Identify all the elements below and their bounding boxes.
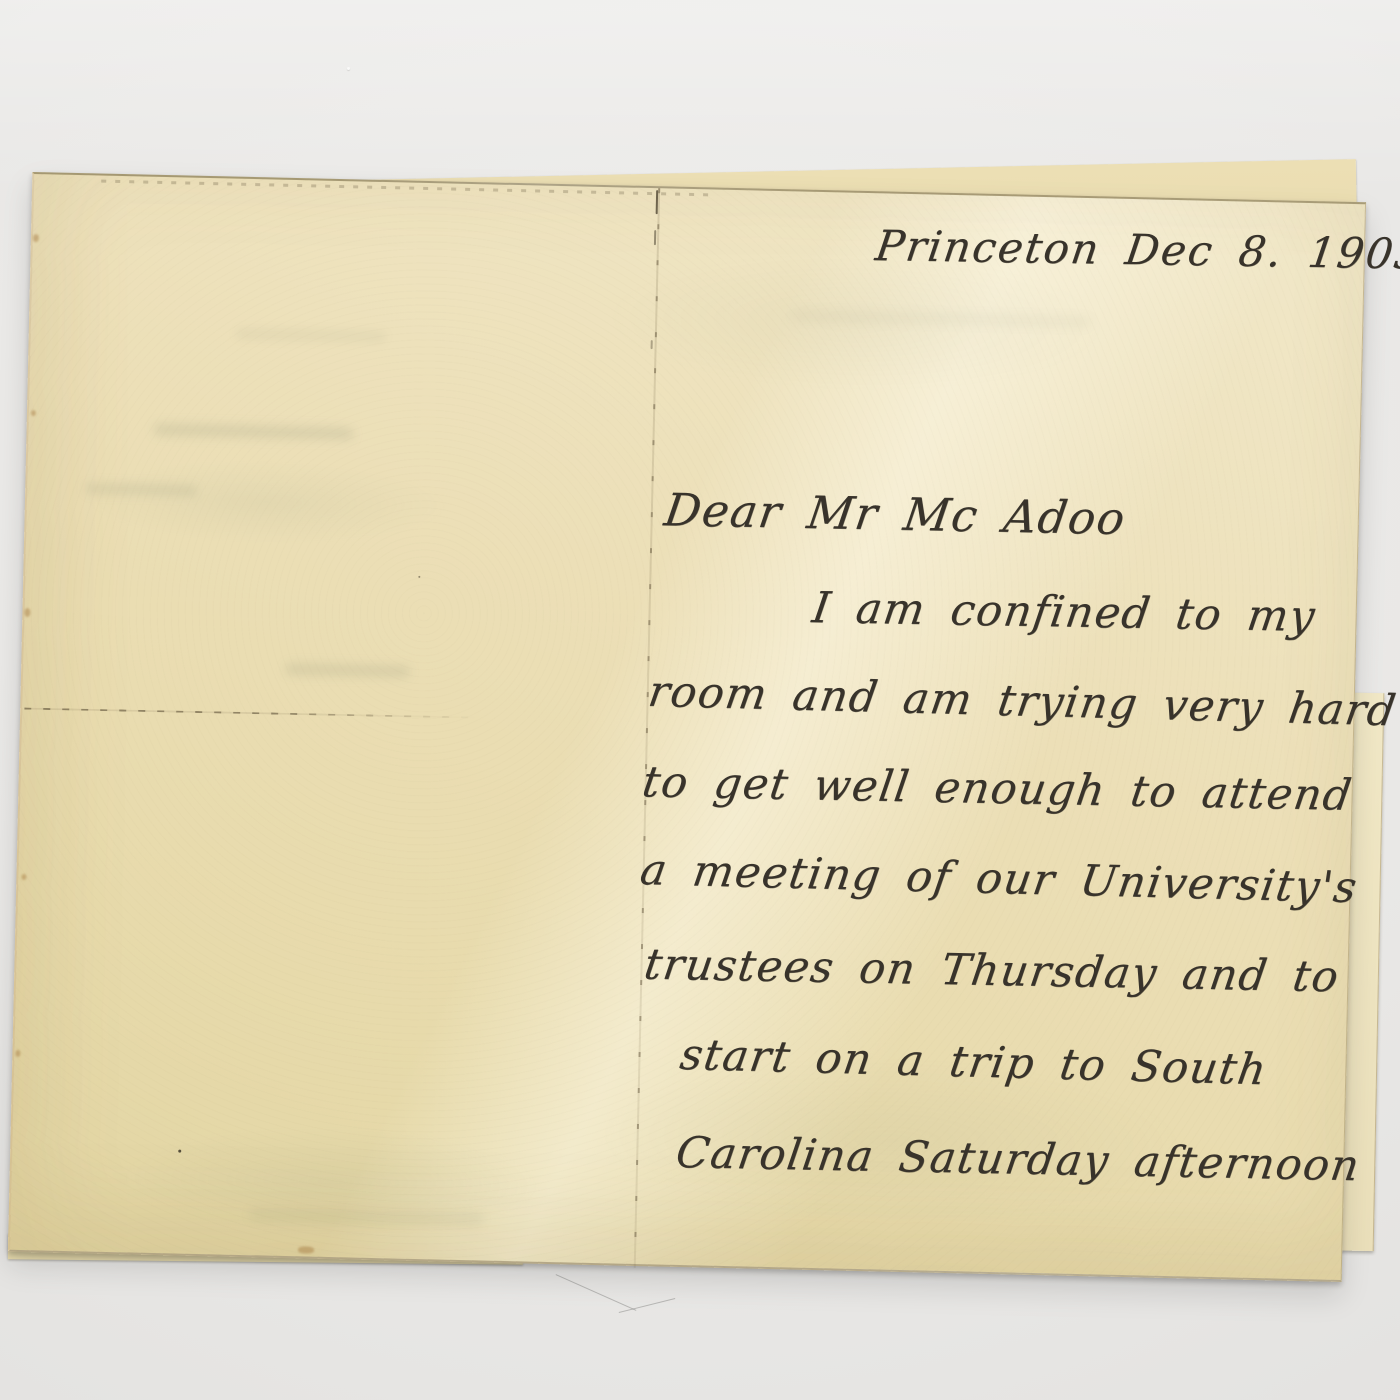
fold-crease-mark: [651, 340, 653, 349]
handwriting-line: I am confined to my: [809, 583, 1319, 642]
foxing-spot: [298, 1246, 314, 1253]
ink-showthrough-smudge: [249, 1207, 484, 1226]
wall-speck: [347, 67, 350, 70]
ink-showthrough-smudge: [791, 309, 1091, 328]
ink-speck: [418, 576, 420, 578]
fold-crease-mark: [654, 230, 656, 245]
ink-speck: [178, 1150, 181, 1153]
foxing-spot: [24, 608, 30, 617]
handwriting-line: start on a trip to South: [677, 1030, 1271, 1095]
handwriting-salutation: Dear Mr Mc Adoo: [661, 483, 1129, 545]
foxing-spot: [15, 1050, 20, 1057]
handwriting-dateline: Princeton Dec 8. 1903: [873, 221, 1400, 278]
ink-showthrough-smudge: [285, 663, 410, 678]
handwriting-line: to get well enough to attend: [639, 757, 1355, 820]
ink-showthrough-smudge: [153, 423, 353, 441]
horizontal-fold-crease: [24, 708, 479, 719]
ink-showthrough-smudge: [85, 483, 197, 496]
handwriting-line: room and am trying very hard: [645, 667, 1400, 736]
handwriting-line: trustees on Thursday and to: [641, 940, 1343, 1003]
handwriting-line: Carolina Saturday afternoon: [673, 1128, 1364, 1191]
background-scratch: [556, 1274, 637, 1311]
ink-showthrough-smudge: [236, 329, 386, 342]
foxing-spot: [33, 234, 39, 242]
foxing-spot: [31, 410, 36, 416]
photo-background: Princeton Dec 8. 1903 Dear Mr Mc Adoo I …: [0, 0, 1400, 1400]
handwriting-line: a meeting of our University's: [637, 845, 1361, 913]
vertical-fold-crease: [634, 188, 661, 1268]
letter-sheet: Princeton Dec 8. 1903 Dear Mr Mc Adoo I …: [8, 172, 1366, 1282]
foxing-spot: [21, 874, 26, 880]
